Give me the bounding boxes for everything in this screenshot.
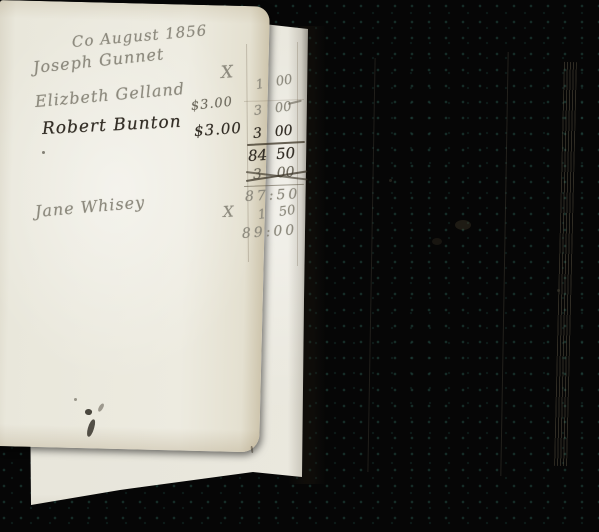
paper-stain <box>432 238 442 245</box>
right-page-fold-line-1 <box>367 58 375 472</box>
paper-speck <box>557 289 560 292</box>
amount-dollars: 3 <box>253 103 263 119</box>
ledger-row-note: $3.00 <box>193 119 242 140</box>
ledger-crossed-out-amount: 3 00 <box>252 164 295 183</box>
crossed-cents: 00 <box>276 164 295 181</box>
amount-cents: 00 <box>275 72 294 89</box>
ink-speck <box>74 398 77 401</box>
subtotal-cents: 50 <box>275 144 295 163</box>
amount-dollars: 3 <box>252 125 262 142</box>
ink-speck <box>42 151 45 154</box>
ledger-subtotal: 84 50 <box>247 144 295 165</box>
crossed-dollars: 3 <box>252 166 262 183</box>
subtotal-dollars: 84 <box>247 146 267 165</box>
amount-cents: 00 <box>274 99 292 116</box>
amount-cents: 00 <box>274 123 293 140</box>
page-stack-edge <box>554 62 577 466</box>
paper-stain <box>455 220 471 230</box>
paper-speck <box>389 179 392 182</box>
right-page-fold-line-2 <box>500 52 508 476</box>
ledger-row-mark: X <box>223 202 235 221</box>
ledger-row-mark: X <box>220 62 233 83</box>
amount-cents: 50 <box>278 203 296 220</box>
amount-dollars: 1 <box>257 207 267 223</box>
ledger-photo-scene: Co August 1856 Joseph Gunnet X 1 00 Eliz… <box>0 0 599 532</box>
amount-dollars: 1 <box>255 77 266 93</box>
